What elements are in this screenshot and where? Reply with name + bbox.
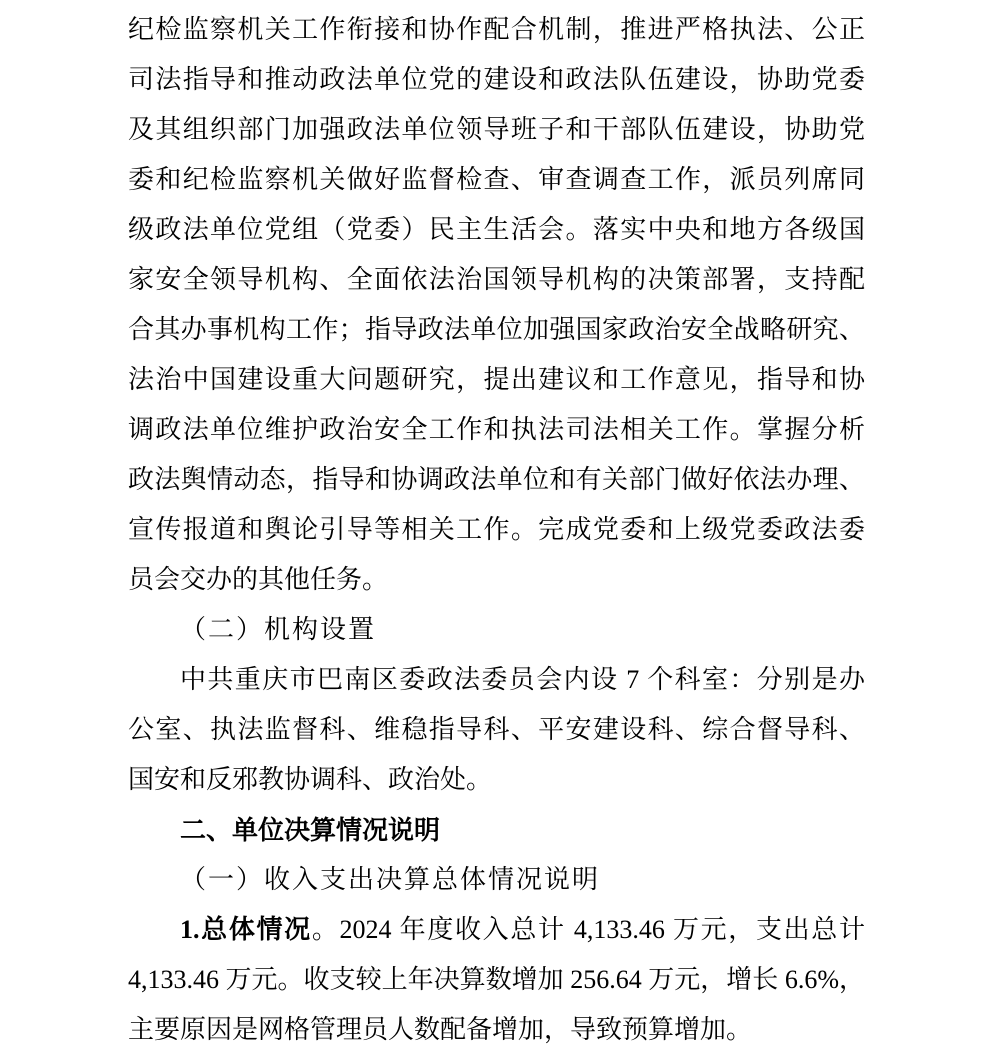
- body-line: 法治中国建设重大问题研究，提出建议和工作意见，指导和协: [128, 355, 865, 405]
- body-line: 国安和反邪教协调科、政治处。: [128, 755, 865, 805]
- paragraph-lead-rest: 。2024 年度收入总计 4,133.46 万元，支出总计: [312, 915, 865, 944]
- body-line: 调政法单位维护政治安全工作和执法司法相关工作。掌握分析: [128, 405, 865, 455]
- body-line: 司法指导和推动政法单位党的建设和政法队伍建设，协助党委: [128, 55, 865, 105]
- section-heading-final-accounts: 二、单位决算情况说明: [128, 805, 865, 855]
- body-line: 公室、执法监督科、维稳指导科、平安建设科、综合督导科、: [128, 705, 865, 755]
- subsection-heading-overall: （一）收入支出决算总体情况说明: [128, 855, 865, 905]
- body-line: 1.总体情况。2024 年度收入总计 4,133.46 万元，支出总计: [128, 905, 865, 955]
- body-line: 合其办事机构工作；指导政法单位加强国家政治安全战略研究、: [128, 305, 865, 355]
- body-line: 委和纪检监察机关做好监督检查、审查调查工作，派员列席同: [128, 155, 865, 205]
- body-line: 政法舆情动态，指导和协调政法单位和有关部门做好依法办理、: [128, 455, 865, 505]
- body-line: 主要原因是网格管理员人数配备增加，导致预算增加。: [128, 1005, 865, 1055]
- body-line: 中共重庆市巴南区委政法委员会内设 7 个科室：分别是办: [128, 655, 865, 705]
- paragraph-lead-bold: 1.总体情况: [180, 915, 312, 944]
- body-line: 员会交办的其他任务。: [128, 555, 865, 605]
- document-page: 纪检监察机关工作衔接和协作配合机制，推进严格执法、公正 司法指导和推动政法单位党…: [0, 0, 1000, 1059]
- body-line: 家安全领导机构、全面依法治国领导机构的决策部署，支持配: [128, 255, 865, 305]
- body-line: 4,133.46 万元。收支较上年决算数增加 256.64 万元，增长 6.6%…: [128, 955, 865, 1005]
- body-line: 纪检监察机关工作衔接和协作配合机制，推进严格执法、公正: [128, 5, 865, 55]
- body-line: 及其组织部门加强政法单位领导班子和干部队伍建设，协助党: [128, 105, 865, 155]
- document-body: 纪检监察机关工作衔接和协作配合机制，推进严格执法、公正 司法指导和推动政法单位党…: [128, 5, 865, 1055]
- body-line: 宣传报道和舆论引导等相关工作。完成党委和上级党委政法委: [128, 505, 865, 555]
- body-line: 级政法单位党组（党委）民主生活会。落实中央和地方各级国: [128, 205, 865, 255]
- subsection-heading-organization: （二）机构设置: [128, 605, 865, 655]
